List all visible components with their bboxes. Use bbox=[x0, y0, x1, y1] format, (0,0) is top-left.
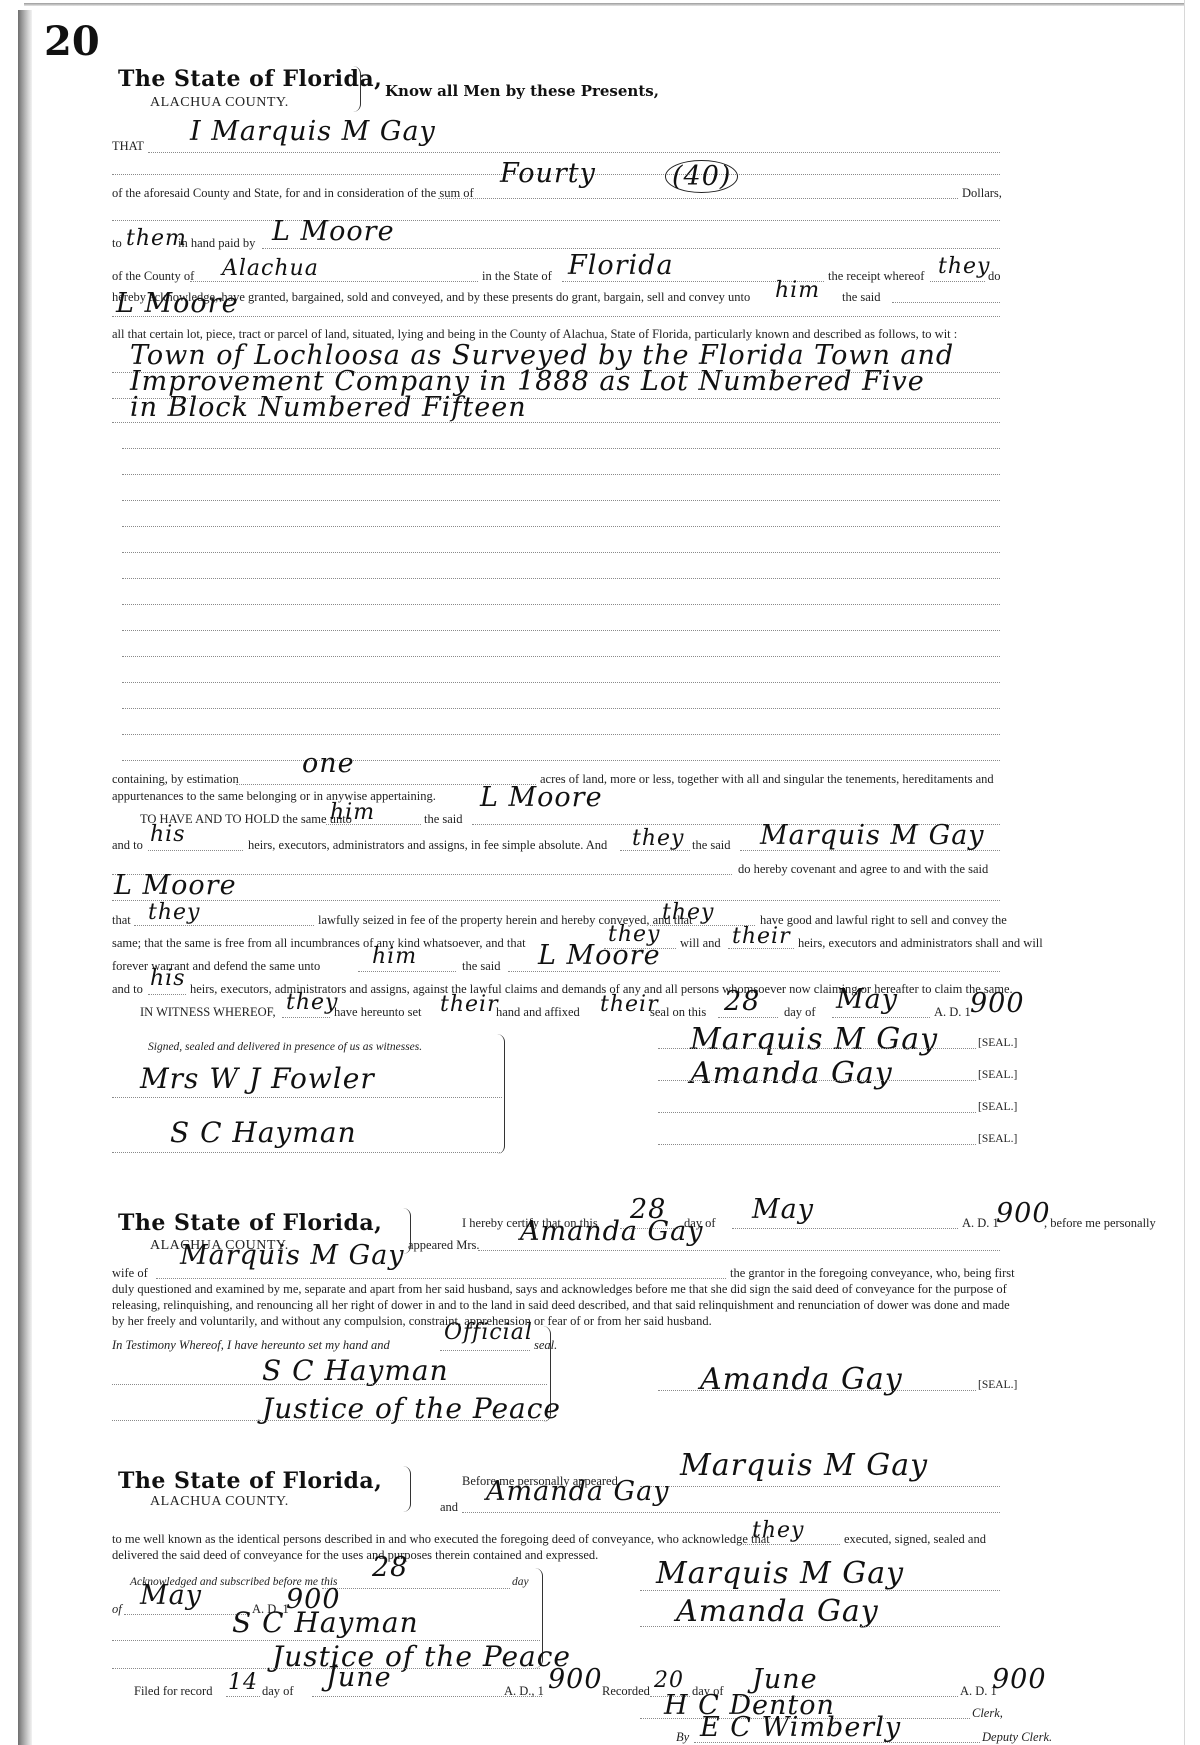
witness-year: 900 bbox=[970, 988, 1025, 1019]
and-to-label-2: and to bbox=[112, 982, 143, 997]
known-text: to me well known as the identical person… bbox=[112, 1532, 770, 1547]
grantor-signature: Marquis M Gay bbox=[690, 1022, 938, 1057]
page-number: 20 bbox=[44, 18, 100, 65]
county-name: Alachua bbox=[222, 256, 319, 281]
and-said-name: Marquis M Gay bbox=[760, 820, 985, 851]
sum-figure: (40) bbox=[665, 160, 738, 193]
blank-line bbox=[122, 448, 1000, 449]
ack-signature: Marquis M Gay bbox=[656, 1556, 904, 1591]
page-right-edge bbox=[1184, 0, 1185, 1745]
paid-by-label: in hand paid by bbox=[178, 236, 255, 251]
county-of-label: of the County of bbox=[112, 269, 194, 284]
dotted-line bbox=[148, 850, 243, 851]
dotted-line bbox=[134, 925, 314, 926]
warrant-party: him bbox=[372, 944, 417, 969]
county-label: ALACHUA COUNTY. bbox=[150, 95, 289, 111]
dotted-line bbox=[508, 971, 1000, 972]
signature-line bbox=[658, 1390, 976, 1391]
clerk-label: Clerk, bbox=[972, 1706, 1003, 1721]
seal-label: [SEAL.] bbox=[978, 1133, 1017, 1145]
blank-line bbox=[122, 474, 1000, 475]
and-party: they bbox=[632, 826, 684, 851]
ack-person2: Amanda Gay bbox=[486, 1476, 669, 1507]
witness-month: May bbox=[836, 984, 898, 1015]
witness-label: IN WITNESS WHEREOF, bbox=[140, 1005, 276, 1020]
dotted-line bbox=[832, 1017, 930, 1018]
dower-signature: Amanda Gay bbox=[700, 1362, 903, 1397]
warrant-said-name: L Moore bbox=[538, 940, 661, 971]
dotted-line bbox=[112, 1420, 547, 1421]
before-label: , before me personally bbox=[1044, 1216, 1156, 1231]
wife-of-label: wife of bbox=[112, 1266, 148, 1281]
filed-day-of-label: day of bbox=[262, 1684, 294, 1699]
blank-line bbox=[122, 552, 1000, 553]
signature-line bbox=[658, 1048, 976, 1049]
dotted-line bbox=[358, 971, 456, 972]
covenant-party: L Moore bbox=[114, 870, 237, 901]
know-all-men-heading: Know all Men by these Presents, bbox=[385, 82, 659, 100]
state-title: The State of Florida, bbox=[118, 66, 382, 92]
grantor-signature: Amanda Gay bbox=[690, 1056, 893, 1091]
the-said-label: the said bbox=[842, 290, 881, 305]
subscribed-day: 28 bbox=[372, 1552, 408, 1583]
appurtenances-text: appurtenances to the same belonging or i… bbox=[112, 789, 436, 804]
page-top-edge bbox=[24, 3, 1184, 6]
signature-line bbox=[640, 1590, 1000, 1591]
receipt-label: the receipt whereof bbox=[828, 269, 924, 284]
heirs-text: heirs, executors, administrators and ass… bbox=[248, 838, 607, 853]
deputy-clerk-label: Deputy Clerk. bbox=[982, 1730, 1052, 1745]
that-label-2: that bbox=[112, 913, 131, 928]
ack-officer-signature: S C Hayman bbox=[232, 1606, 419, 1639]
dotted-line bbox=[892, 302, 1000, 303]
recorded-label: Recorded bbox=[602, 1684, 650, 1699]
signature-line bbox=[658, 1144, 976, 1145]
dower-body-line: by her freely and voluntarily, and witho… bbox=[112, 1314, 712, 1329]
filed-year: 900 bbox=[548, 1664, 603, 1695]
state-of-label: in the State of bbox=[482, 269, 552, 284]
ack-signature: Amanda Gay bbox=[676, 1594, 879, 1629]
legal-description-line: in Block Numbered Fifteen bbox=[130, 392, 527, 423]
receipt-party: they bbox=[938, 254, 990, 279]
blank-line bbox=[122, 500, 1000, 501]
signed-sealed-label: Signed, sealed and delivered in presence… bbox=[148, 1041, 422, 1053]
blank-line bbox=[122, 630, 1000, 631]
dotted-line bbox=[740, 1544, 840, 1545]
warrant-said-label: the said bbox=[462, 959, 501, 974]
dower-year: 900 bbox=[996, 1198, 1051, 1229]
ad-label: A. D. 1 bbox=[934, 1005, 971, 1020]
hereunto-label: have hereunto set bbox=[334, 1005, 421, 1020]
and-to-party: his bbox=[150, 822, 186, 847]
appeared-label: appeared Mrs. bbox=[408, 1238, 480, 1253]
ack-state-title: The State of Florida, bbox=[118, 1468, 382, 1494]
day-of-label: day of bbox=[784, 1005, 816, 1020]
to-label: to bbox=[112, 236, 122, 251]
habendum-party: him bbox=[330, 800, 375, 825]
seized-party: they bbox=[148, 900, 200, 925]
unto-party: him bbox=[775, 278, 820, 303]
brace bbox=[496, 1034, 505, 1154]
witness-day: 28 bbox=[724, 986, 760, 1017]
seal-on-label: seal on this bbox=[650, 1005, 706, 1020]
ack-county-label: ALACHUA COUNTY. bbox=[150, 1494, 289, 1510]
brace bbox=[402, 1466, 411, 1512]
dotted-line bbox=[282, 1017, 330, 1018]
dower-month: May bbox=[752, 1194, 814, 1225]
right-party: they bbox=[662, 900, 714, 925]
dower-officer-signature: S C Hayman bbox=[262, 1354, 449, 1387]
by-label: By bbox=[676, 1730, 689, 1745]
blank-line bbox=[122, 578, 1000, 579]
seal-label: [SEAL.] bbox=[978, 1101, 1017, 1113]
dotted-line bbox=[718, 1017, 778, 1018]
dotted-line bbox=[322, 1588, 510, 1589]
ack-person1: Marquis M Gay bbox=[680, 1448, 928, 1483]
wife-of-name: Marquis M Gay bbox=[180, 1240, 405, 1271]
acres-text: acres of land, more or less, together wi… bbox=[540, 772, 994, 787]
their-party: their bbox=[732, 924, 791, 949]
filed-month: June bbox=[326, 1662, 392, 1693]
dotted-line bbox=[478, 1250, 1000, 1251]
habendum-said-name: L Moore bbox=[480, 782, 603, 813]
blank-line bbox=[122, 656, 1000, 657]
dotted-line bbox=[112, 1097, 502, 1098]
recorded-year: 900 bbox=[992, 1664, 1047, 1695]
executors-text: heirs, executors and administrators shal… bbox=[798, 936, 1043, 951]
and-to-party-2: his bbox=[150, 966, 186, 991]
dotted-line bbox=[112, 220, 1000, 221]
same-text: same; that the same is free from all inc… bbox=[112, 936, 526, 951]
filed-day: 14 bbox=[228, 1670, 258, 1695]
consideration-text: of the aforesaid County and State, for a… bbox=[112, 186, 474, 201]
dotted-line bbox=[190, 281, 478, 282]
covenant-text: do hereby covenant and agree to and with… bbox=[738, 862, 988, 877]
signature-line bbox=[658, 1080, 976, 1081]
executed-text: executed, signed, sealed and bbox=[844, 1532, 986, 1547]
dotted-line bbox=[148, 152, 1000, 153]
seal-label: [SEAL.] bbox=[978, 1069, 1017, 1081]
will-text: will and bbox=[680, 936, 721, 951]
ack-and-label: and bbox=[440, 1500, 458, 1515]
delivered-text: delivered the said deed of conveyance fo… bbox=[112, 1548, 598, 1563]
of-label: of bbox=[112, 1602, 122, 1617]
grantee-name: L Moore bbox=[116, 288, 239, 319]
dotted-line bbox=[148, 994, 186, 995]
hand-affixed-label: hand and affixed bbox=[496, 1005, 580, 1020]
dollars-label: Dollars, bbox=[962, 186, 1002, 201]
blank-line bbox=[122, 708, 1000, 709]
do-label: do bbox=[988, 269, 1001, 284]
grantor-name: I Marquis M Gay bbox=[190, 116, 436, 147]
ack-month: May bbox=[140, 1580, 202, 1611]
witness-signature: S C Hayman bbox=[170, 1116, 357, 1149]
filed-ad-label: A. D., 1 bbox=[504, 1684, 544, 1699]
appeared-name: Amanda Gay bbox=[520, 1216, 703, 1247]
seal-label: [SEAL.] bbox=[978, 1037, 1017, 1049]
acres-amount: one bbox=[302, 748, 355, 779]
blank-line bbox=[122, 760, 1000, 761]
right-text: have good and lawful right to sell and c… bbox=[760, 913, 1007, 928]
warrant-text: forever warrant and defend the same unto bbox=[112, 959, 320, 974]
dotted-line bbox=[440, 1350, 530, 1351]
dower-body-line: releasing, relinquishing, and renouncing… bbox=[112, 1298, 1010, 1313]
signature-line bbox=[658, 1112, 976, 1113]
signature-line bbox=[640, 1626, 1000, 1627]
brace bbox=[352, 66, 361, 112]
dotted-line bbox=[930, 281, 985, 282]
habendum-said-label: the said bbox=[424, 812, 463, 827]
signature-line bbox=[694, 1742, 980, 1743]
witness-signature: Mrs W J Fowler bbox=[140, 1062, 375, 1095]
paid-by-name: L Moore bbox=[272, 216, 395, 247]
blank-line bbox=[122, 526, 1000, 527]
hereunto-party: their bbox=[440, 992, 499, 1017]
and-to-label: and to bbox=[112, 838, 143, 853]
testimony-official: Official bbox=[444, 1320, 533, 1345]
dotted-line bbox=[112, 1384, 547, 1385]
dotted-line bbox=[438, 198, 958, 199]
state-name: Florida bbox=[568, 250, 674, 281]
testimony-label: In Testimony Whereof, I have hereunto se… bbox=[112, 1338, 390, 1353]
dotted-line bbox=[262, 248, 1000, 249]
page-binding-edge bbox=[18, 10, 32, 1745]
grantor-text: the grantor in the foregoing conveyance,… bbox=[730, 1266, 1015, 1281]
blank-line bbox=[122, 604, 1000, 605]
day-label: day bbox=[512, 1576, 529, 1588]
dotted-line bbox=[112, 316, 1000, 317]
dotted-line bbox=[732, 1228, 958, 1229]
known-party: they bbox=[752, 1518, 804, 1543]
dotted-line bbox=[112, 900, 1000, 901]
dotted-line bbox=[112, 1152, 502, 1153]
dotted-line bbox=[226, 1696, 260, 1697]
dotted-line bbox=[156, 1278, 726, 1279]
dower-body-line: duly questioned and examined by me, sepa… bbox=[112, 1282, 1007, 1297]
deputy-signature: E C Wimberly bbox=[700, 1712, 901, 1743]
dower-seal-label: [SEAL.] bbox=[978, 1379, 1017, 1391]
blank-line bbox=[122, 734, 1000, 735]
that-label: THAT bbox=[112, 139, 144, 154]
dotted-line bbox=[640, 1486, 1000, 1487]
blank-line bbox=[122, 682, 1000, 683]
and-said-label: the said bbox=[692, 838, 731, 853]
dower-ad-label: A. D. 1 bbox=[962, 1216, 999, 1231]
filed-label: Filed for record bbox=[134, 1684, 212, 1699]
containing-label: containing, by estimation bbox=[112, 772, 239, 787]
dotted-line bbox=[462, 1512, 1000, 1513]
sum-words: Fourty bbox=[500, 158, 596, 189]
dower-state-title: The State of Florida, bbox=[118, 1210, 382, 1236]
witness-party: they bbox=[286, 990, 338, 1015]
